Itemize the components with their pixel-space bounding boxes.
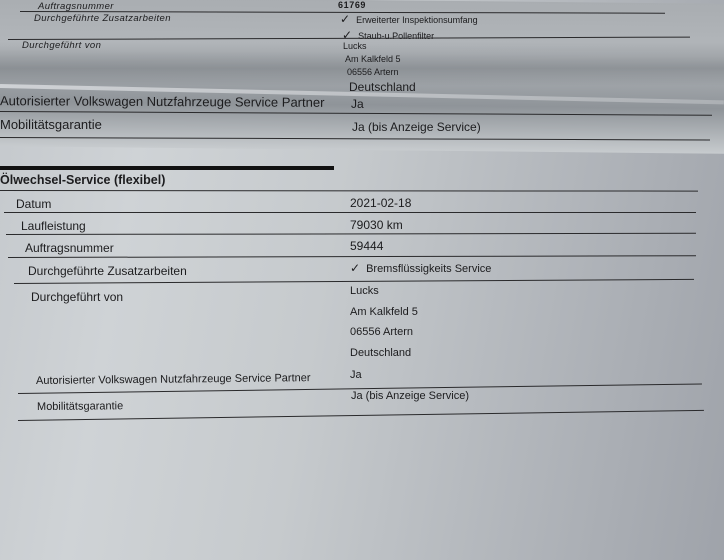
service-partner-label: Autorisierter Volkswagen Nutzfahrzeuge S…: [36, 372, 311, 387]
zusatzarbeit-item: ✓Bremsflüssigkeits Service: [350, 261, 491, 275]
datum-value: 2021-02-18: [350, 196, 411, 210]
mobilitaetsgarantie-label: Mobilitätsgarantie: [37, 400, 123, 413]
mobilitaetsgarantie-value: Ja (bis Anzeige Service): [352, 120, 481, 134]
divider: [8, 255, 696, 258]
laufleistung-value: 79030 km: [350, 218, 403, 232]
laufleistung-label: Laufleistung: [21, 219, 86, 233]
divider: [14, 279, 694, 284]
section-title: Ölwechsel-Service (flexibel): [0, 173, 165, 187]
zusatzarbeit-item: ✓Staub-u.Pollenfilter: [342, 28, 434, 42]
checkmark-icon: ✓: [350, 261, 360, 275]
auftragsnummer-value: 59444: [350, 239, 383, 253]
service-partner-value: Ja: [350, 369, 362, 381]
checkmark-icon: ✓: [342, 28, 352, 42]
checkmark-icon: ✓: [340, 12, 350, 26]
zusatzarbeit-item: ✓Erweiterter Inspektionsumfang: [340, 12, 478, 26]
auftragsnummer-value: 61769: [338, 0, 366, 10]
service-partner-label: Autorisierter Volkswagen Nutzfahrzeuge S…: [0, 93, 324, 110]
auftragsnummer-label: Auftragsnummer: [25, 241, 114, 255]
zusatzarbeiten-label: Durchgeführte Zusatzarbeiten: [28, 264, 187, 278]
datum-label: Datum: [16, 197, 51, 211]
divider: [6, 233, 696, 235]
durchgefuehrt-von-label: Durchgeführt von: [31, 290, 123, 304]
section-header-bar: [0, 166, 334, 170]
zusatzarbeiten-label: Durchgeführte Zusatzarbeiten: [34, 13, 171, 24]
divider: [4, 212, 696, 213]
mobilitaetsgarantie-label: Mobilitätsgarantie: [0, 117, 102, 132]
mobilitaetsgarantie-value: Ja (bis Anzeige Service): [351, 390, 469, 402]
service-partner-value: Ja: [351, 97, 364, 111]
divider: [0, 190, 698, 192]
durchgefuehrt-von-label: Durchgeführt von: [22, 40, 101, 51]
